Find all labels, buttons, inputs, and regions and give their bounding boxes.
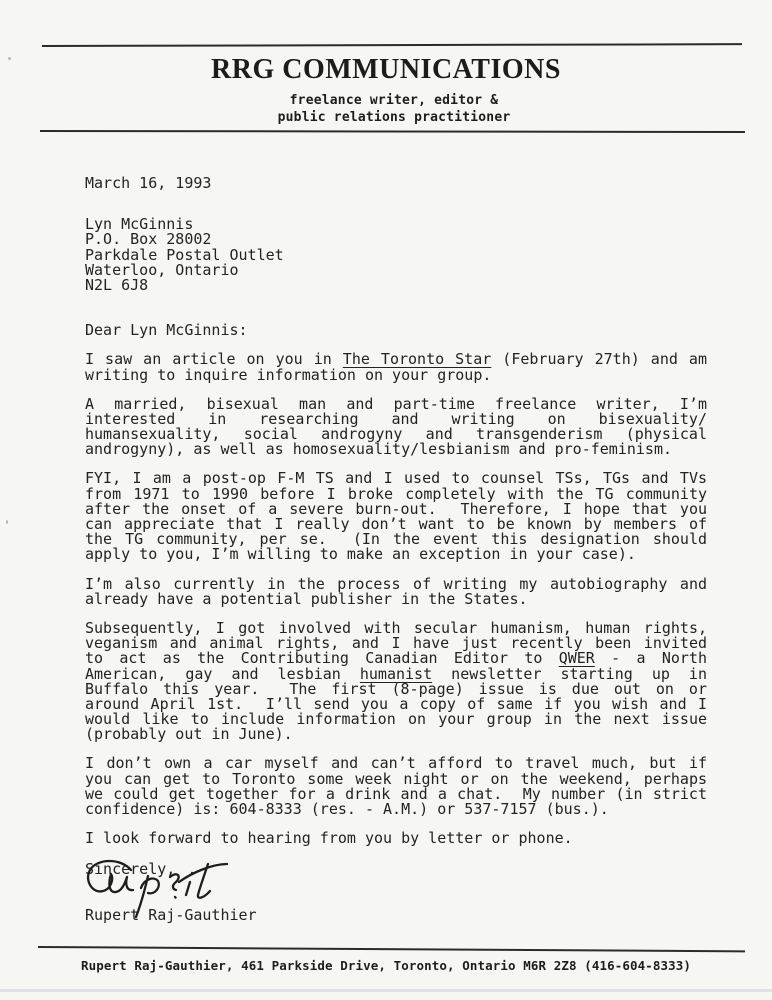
body-paragraph: I’m also currently in the process of wri… (85, 577, 707, 607)
body-paragraph: I saw an article on you in The Toronto S… (85, 352, 707, 382)
letter-content: March 16, 1993 Lyn McGinnisP.O. Box 2800… (85, 176, 707, 923)
scan-bottom-edge (0, 989, 772, 992)
date-line: March 16, 1993 (85, 176, 707, 191)
company-name: RRG COMMUNICATIONS (0, 56, 772, 84)
company-tagline: freelance writer, editor & public relati… (8, 92, 772, 126)
signature-area (85, 878, 707, 908)
body-line: I look forward to hearing from you by le… (85, 831, 707, 846)
signature-scrawl (75, 852, 265, 924)
body-paragraph: I look forward to hearing from you by le… (85, 831, 707, 846)
body-paragraph: A married, bisexual man and part-time fr… (85, 397, 707, 458)
body-line: apply to you, I’m willing to make an exc… (85, 547, 707, 562)
body-paragraph: I don’t own a car myself and can’t affor… (85, 756, 707, 817)
address-line: Waterloo, Ontario (85, 263, 707, 278)
body-line: androgyny), as well as homosexuality/les… (85, 442, 707, 457)
footer-rule (38, 946, 745, 952)
footer-contact-line: Rupert Raj-Gauthier, 461 Parkside Drive,… (0, 958, 772, 973)
body-paragraph: FYI, I am a post-op F-M TS and I used to… (85, 471, 707, 562)
letter-body: I saw an article on you in The Toronto S… (85, 352, 707, 846)
body-paragraph: Subsequently, I got involved with secula… (85, 621, 707, 743)
scan-speck (8, 57, 11, 60)
letterhead-top-rule (42, 43, 742, 47)
scanned-letter-page: RRG COMMUNICATIONS freelance writer, edi… (0, 0, 772, 1000)
tagline-line-1: freelance writer, editor & (8, 92, 772, 109)
tagline-line-2: public relations practitioner (8, 109, 772, 126)
letterhead-bottom-rule (40, 130, 745, 133)
salutation: Dear Lyn McGinnis: (85, 323, 707, 338)
recipient-address: Lyn McGinnisP.O. Box 28002Parkdale Posta… (85, 217, 707, 293)
scan-speck (6, 520, 8, 524)
address-line: N2L 6J8 (85, 278, 707, 293)
